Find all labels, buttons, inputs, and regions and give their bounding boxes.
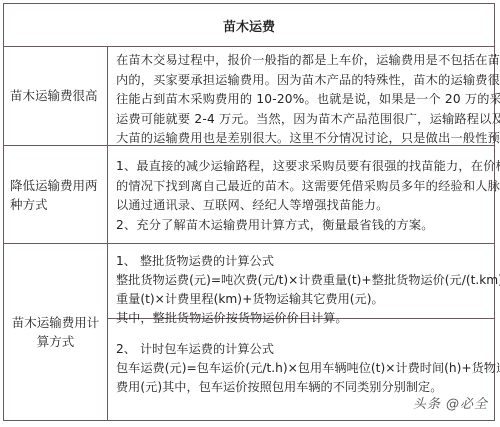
text-line: 运费可能就要 2-4 万元。当然，因为苗木产品范围很广，运输路程以及小苗和: [116, 110, 486, 130]
text-line: 1、 整批货物运费的计算公式: [116, 252, 486, 271]
text-line: 在苗木交易过程中，报价一般指的都是上车价，运输费用是不包括在苗木报价: [116, 51, 486, 71]
row-content: 1、最直接的减少运输路程，这要求采购员要有很强的找苗能力，在价格差不多 的情况下…: [108, 146, 494, 243]
row-content: 在苗木交易过程中，报价一般指的都是上车价，运输费用是不包括在苗木报价 内的，买家…: [108, 46, 494, 145]
row-label: 降低运输费用两种方式: [4, 146, 108, 243]
row-label: 苗木运输费很高: [4, 46, 108, 145]
text-line: 往能占到苗木采购费用的 10-20%。也就是说，如果是一个 20 万的采购单，单: [116, 90, 486, 110]
formula-cell-full-load: 1、 整批货物运费的计算公式 整批货物运费(元)=吨次费(元/t)×计费重量(t…: [108, 244, 494, 319]
text-line: 包车运费(元)=包车运价(元/t.h)×包用车辆吨位(t)×计费时间(h)+货物…: [116, 359, 486, 378]
text-line: 内的，买家要承担运输费用。因为苗木产品的特殊性，苗木的运输费很高，往: [116, 71, 486, 91]
text-line: 2、 计时包车运费的计算公式: [116, 340, 486, 359]
table-row: 降低运输费用两种方式 1、最直接的减少运输路程，这要求采购员要有很强的找苗能力，…: [4, 146, 494, 244]
row-label: 苗木运输费用计算方式: [4, 244, 108, 420]
formula-cell-hourly-charter: 2、 计时包车运费的计算公式 包车运费(元)=包车运价(元/t.h)×包用车辆吨…: [108, 319, 494, 420]
text-line: 2、充分了解苗木运输费用计算方式，衡量最省钱的方案。: [116, 216, 486, 236]
text-line: 以通过通讯录、互联网、经纪人等增强找苗能力。: [116, 196, 486, 216]
transport-cost-table: 苗木运费 苗木运输费很高 在苗木交易过程中，报价一般指的都是上车价，运输费用是不…: [3, 3, 495, 421]
text-line: 的情况下找到离自己最近的苗木。这需要凭借采购员多年的经验和人脉，也可: [116, 177, 486, 197]
table-row: 苗木运输费用计算方式 1、 整批货物运费的计算公式 整批货物运费(元)=吨次费(…: [4, 244, 494, 420]
text-line: 整批货物运费(元)=吨次费(元/t)×计费重量(t)+整批货物运价(元/(t.k…: [116, 271, 486, 290]
table-title: 苗木运费: [4, 4, 494, 47]
watermark: 头条 @必全: [413, 395, 488, 414]
table-row: 苗木运输费很高 在苗木交易过程中，报价一般指的都是上车价，运输费用是不包括在苗木…: [4, 46, 494, 146]
text-line: 1、最直接的减少运输路程，这要求采购员要有很强的找苗能力，在价格差不多: [116, 157, 486, 177]
text-line: 重量(t)×计费里程(km)+货物运输其它费用(元)。: [116, 290, 486, 309]
